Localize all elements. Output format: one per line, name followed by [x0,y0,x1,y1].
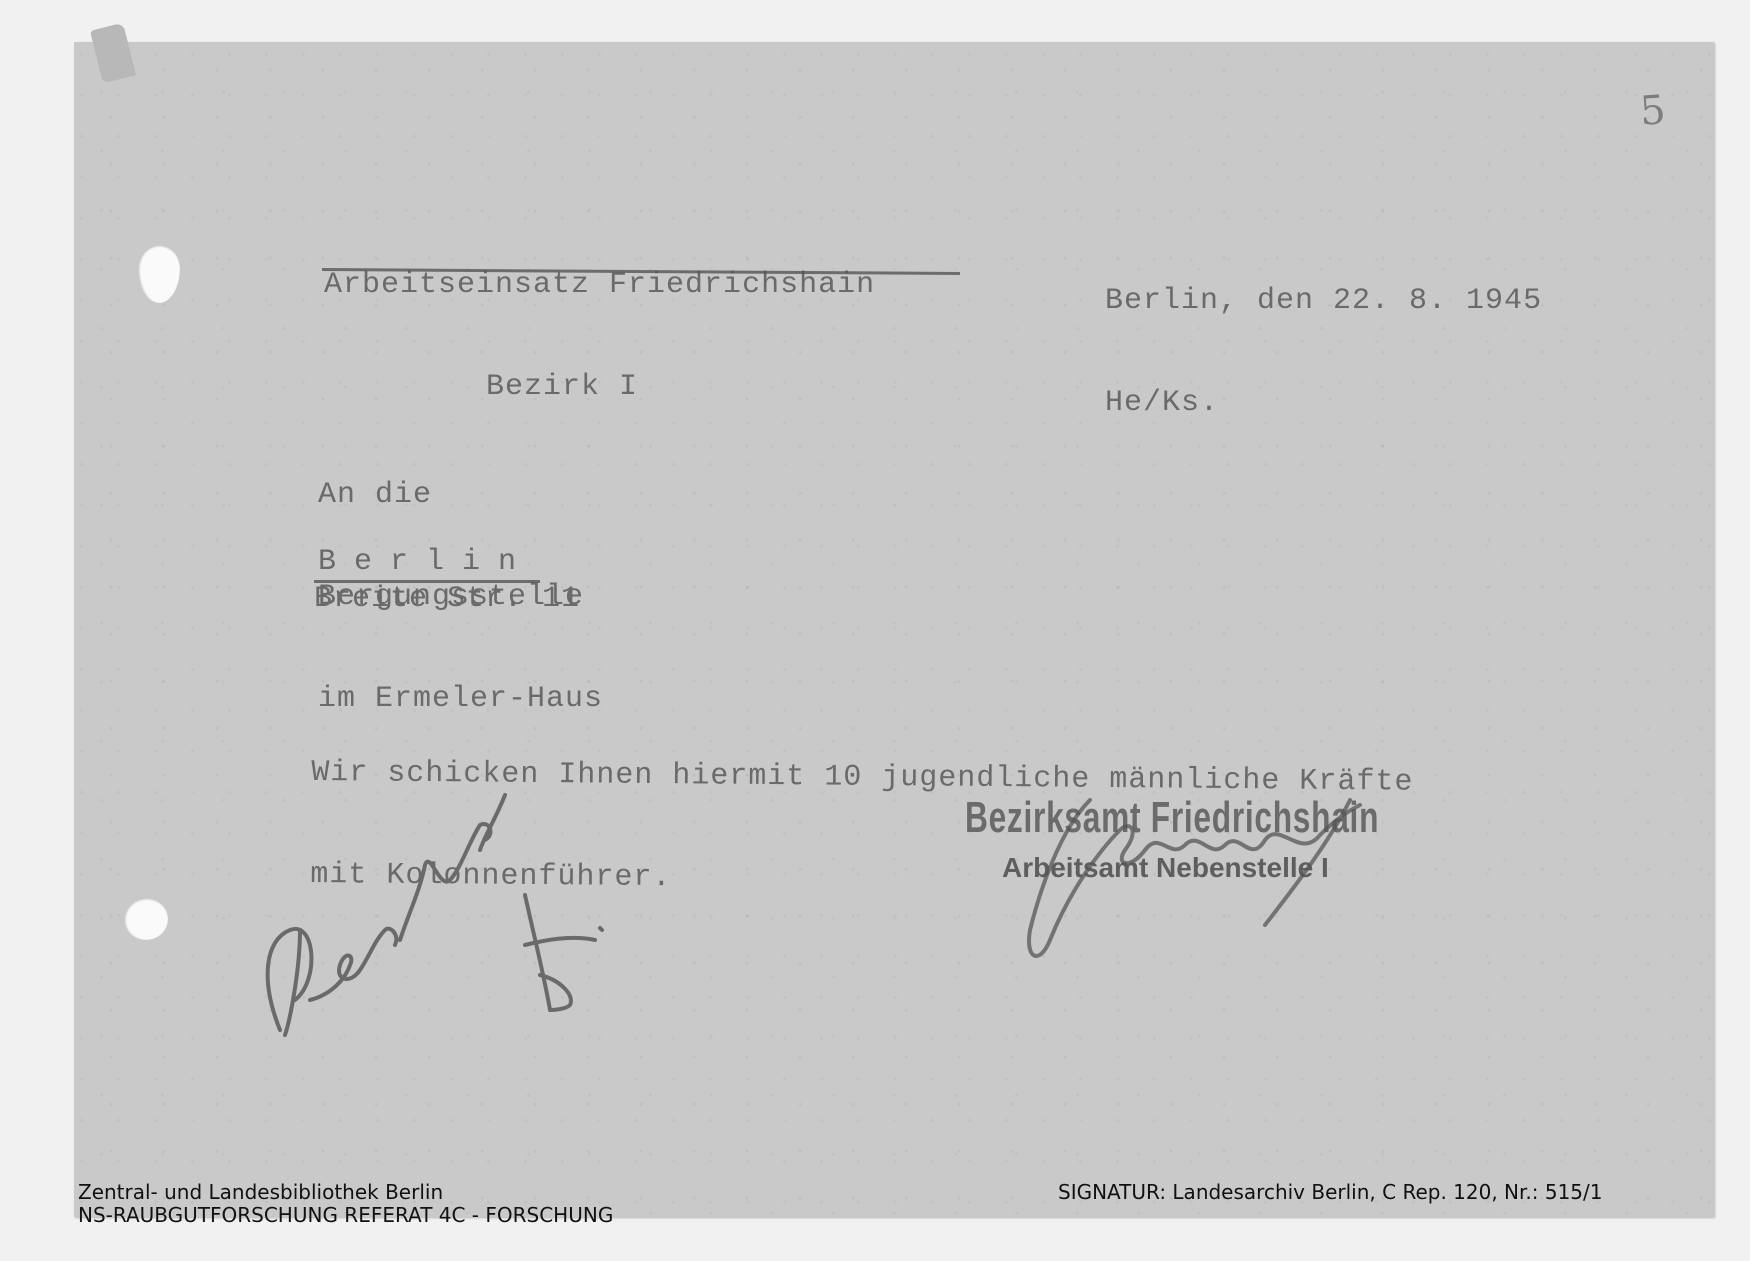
recipient-line: An die [318,478,603,512]
signature-icon [1000,770,1440,980]
recipient-city: Berlin [318,545,534,579]
recipient-street: Breite Str. 11 [314,582,580,616]
place-date: Berlin, den 22. 8. 1945 [1105,284,1542,318]
footer-signatur: SIGNATUR: Landesarchiv Berlin, C Rep. 12… [1058,1181,1602,1204]
dateline: Berlin, den 22. 8. 1945 He/Ks. [1105,216,1542,454]
footer-left: Zentral- und Landesbibliothek Berlin NS-… [78,1181,613,1227]
handwritten-note-icon [250,780,610,1060]
letterhead-line2: Bezirk I [324,370,875,404]
footer-library: Zentral- und Landesbibliothek Berlin [78,1181,613,1204]
punch-hole-bottom [124,898,168,940]
letterhead: Arbeitseinsatz Friedrichshain Bezirk I [324,200,875,438]
page-number: 5 [1638,87,1667,135]
footer-department: NS-RAUBGUTFORSCHUNG REFERAT 4C - FORSCHU… [78,1204,613,1227]
reference-code: He/Ks. [1105,386,1542,420]
